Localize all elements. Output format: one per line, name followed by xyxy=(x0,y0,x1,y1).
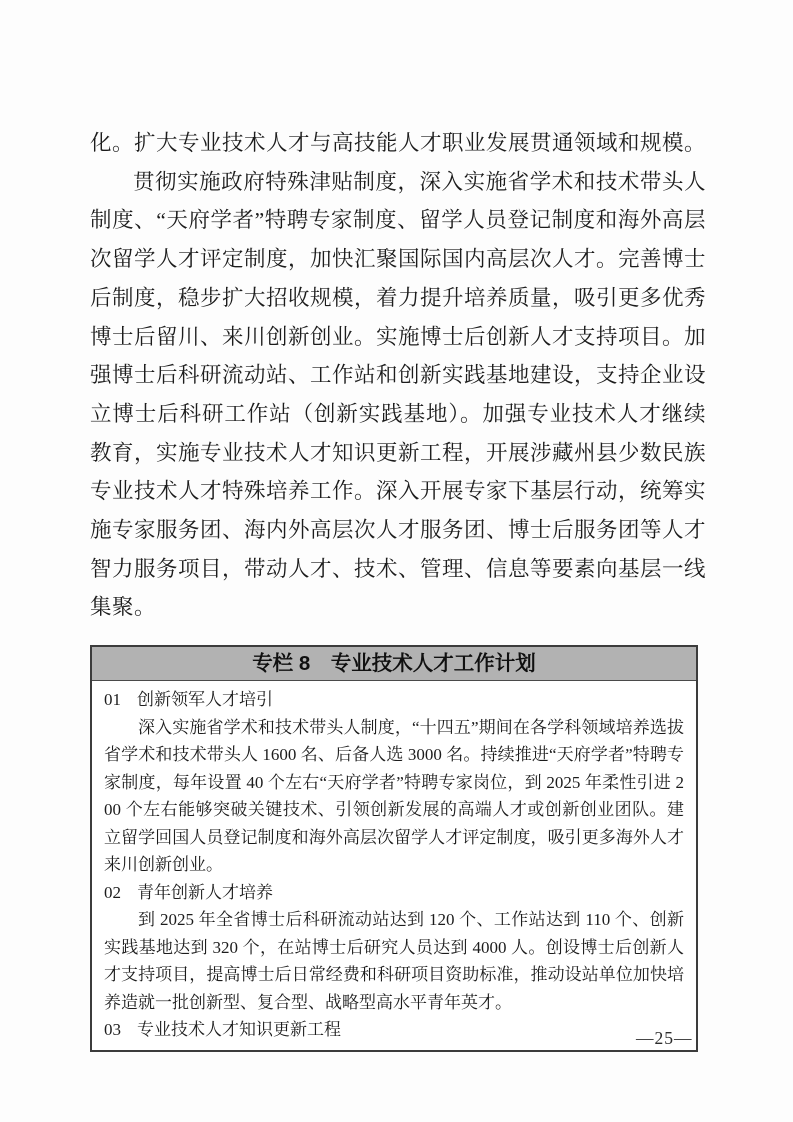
panel-title: 专栏 8 专业技术人才工作计划 xyxy=(92,647,696,681)
panel-item-2-text: 到 2025 年全省博士后科研流动站达到 120 个、工作站达到 110 个、创… xyxy=(104,906,684,1016)
panel-body: 01创新领军人才培引 深入实施省学术和技术带头人制度，“十四五”期间在各学科领域… xyxy=(92,681,696,1050)
panel-item-1-number: 01 xyxy=(104,690,121,709)
paragraph-continuation: 化。扩大专业技术人才与高技能人才职业发展贯通领域和规模。 xyxy=(90,124,706,163)
panel-column-8: 专栏 8 专业技术人才工作计划 01创新领军人才培引 深入实施省学术和技术带头人… xyxy=(90,645,698,1052)
panel-item-3-heading: 03专业技术人才知识更新工程 xyxy=(104,1016,684,1044)
panel-item-1-title: 创新领军人才培引 xyxy=(137,690,273,709)
panel-item-2-heading: 02青年创新人才培养 xyxy=(104,879,684,907)
panel-item-3-number: 03 xyxy=(104,1020,121,1039)
document-page: 化。扩大专业技术人才与高技能人才职业发展贯通领域和规模。 贯彻实施政府特殊津贴制… xyxy=(0,0,793,1122)
panel-item-2-number: 02 xyxy=(104,883,121,902)
panel-item-3-title: 专业技术人才知识更新工程 xyxy=(137,1020,341,1039)
panel-item-1-heading: 01创新领军人才培引 xyxy=(104,686,684,714)
panel-item-1-text: 深入实施省学术和技术带头人制度，“十四五”期间在各学科领域培养选拔省学术和技术带… xyxy=(104,714,684,879)
panel-item-2-title: 青年创新人才培养 xyxy=(137,883,273,902)
page-number: —25— xyxy=(636,1028,693,1049)
paragraph-main: 贯彻实施政府特殊津贴制度，深入实施省学术和技术带头人制度、“天府学者”特聘专家制… xyxy=(90,163,706,627)
body-text: 化。扩大专业技术人才与高技能人才职业发展贯通领域和规模。 贯彻实施政府特殊津贴制… xyxy=(90,124,706,627)
